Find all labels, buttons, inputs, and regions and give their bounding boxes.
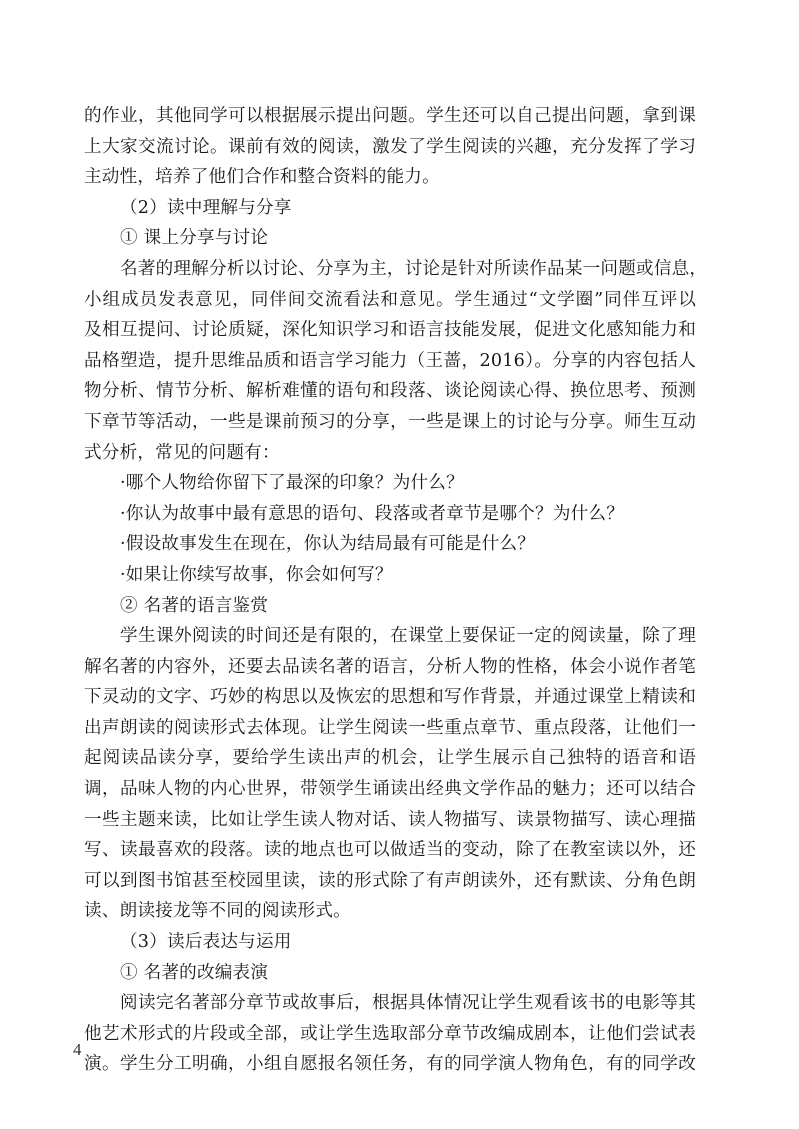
text-line: 演。学生分工明确，小组自愿报名领任务，有的同学演人物角色，有的同学改	[84, 1049, 696, 1080]
text-line: 一些主题来读，比如让学生读人物对话、读人物描写、读景物描写、读心理描	[84, 805, 696, 836]
text-line: 出声朗读的阅读形式去体现。让学生阅读一些重点章节、重点段落，让他们一	[84, 713, 696, 744]
text-line: 下章节等活动，一些是课前预习的分享，一些是课上的讨论与分享。师生互动	[84, 407, 696, 438]
document-page: 的作业，其他同学可以根据展示提出问题。学生还可以自己提出问题，拿到课 上大家交流…	[0, 0, 799, 1129]
text-line: 可以到图书馆甚至校园里读，读的形式除了有声朗读外，还有默读、分角色朗	[84, 866, 696, 897]
body-text: 的作业，其他同学可以根据展示提出问题。学生还可以自己提出问题，拿到课 上大家交流…	[84, 101, 696, 1080]
section-heading: （3）读后表达与运用	[84, 927, 696, 958]
text-line: 写、读最喜欢的段落。读的地点也可以做适当的变动，除了在教室读以外，还	[84, 835, 696, 866]
text-line: 下灵动的文字、巧妙的构思以及恢宏的思想和写作背景，并通过课堂上精读和	[84, 682, 696, 713]
text-line: 起阅读品读分享，要给学生读出声的机会，让学生展示自己独特的语音和语	[84, 743, 696, 774]
text-line: 读、朗读接龙等不同的阅读形式。	[84, 896, 696, 927]
subsection-heading: ① 名著的改编表演	[84, 958, 696, 989]
text-line: 学生课外阅读的时间还是有限的，在课堂上要保证一定的阅读量，除了理	[84, 621, 696, 652]
text-line: 解名著的内容外，还要去品读名著的语言，分析人物的性格，体会小说作者笔	[84, 652, 696, 683]
text-line: 名著的理解分析以讨论、分享为主，讨论是针对所读作品某一问题或信息，	[84, 254, 696, 285]
subsection-heading: ① 课上分享与讨论	[84, 223, 696, 254]
section-heading: （2）读中理解与分享	[84, 193, 696, 224]
text-line: 调，品味人物的内心世界，带领学生诵读出经典文学作品的魅力；还可以结合	[84, 774, 696, 805]
text-line: 小组成员发表意见，同伴间交流看法和意见。学生通过“文学圈”同伴互评以	[84, 285, 696, 316]
page-number: 4	[73, 1040, 82, 1060]
subsection-heading: ② 名著的语言鉴赏	[84, 591, 696, 622]
bullet-item: ·哪个人物给你留下了最深的印象？为什么？	[84, 468, 696, 499]
text-line: 他艺术形式的片段或全部，或让学生选取部分章节改编成剧本，让他们尝试表	[84, 1019, 696, 1050]
text-line: 主动性，培养了他们合作和整合资料的能力。	[84, 162, 696, 193]
text-line: 品格塑造，提升思维品质和语言学习能力（王蔷，2016）。分享的内容包括人	[84, 346, 696, 377]
bullet-item: ·你认为故事中最有意思的语句、段落或者章节是哪个？为什么？	[84, 499, 696, 530]
bullet-item: ·如果让你续写故事，你会如何写？	[84, 560, 696, 591]
text-line: 式分析，常见的问题有：	[84, 438, 696, 469]
text-line: 及相互提问、讨论质疑，深化知识学习和语言技能发展，促进文化感知能力和	[84, 315, 696, 346]
bullet-item: ·假设故事发生在现在，你认为结局最有可能是什么？	[84, 529, 696, 560]
text-line: 的作业，其他同学可以根据展示提出问题。学生还可以自己提出问题，拿到课	[84, 101, 696, 132]
text-line: 物分析、情节分析、解析难懂的语句和段落、谈论阅读心得、换位思考、预测	[84, 376, 696, 407]
text-line: 阅读完名著部分章节或故事后，根据具体情况让学生观看该书的电影等其	[84, 988, 696, 1019]
text-line: 上大家交流讨论。课前有效的阅读，激发了学生阅读的兴趣，充分发挥了学习	[84, 132, 696, 163]
